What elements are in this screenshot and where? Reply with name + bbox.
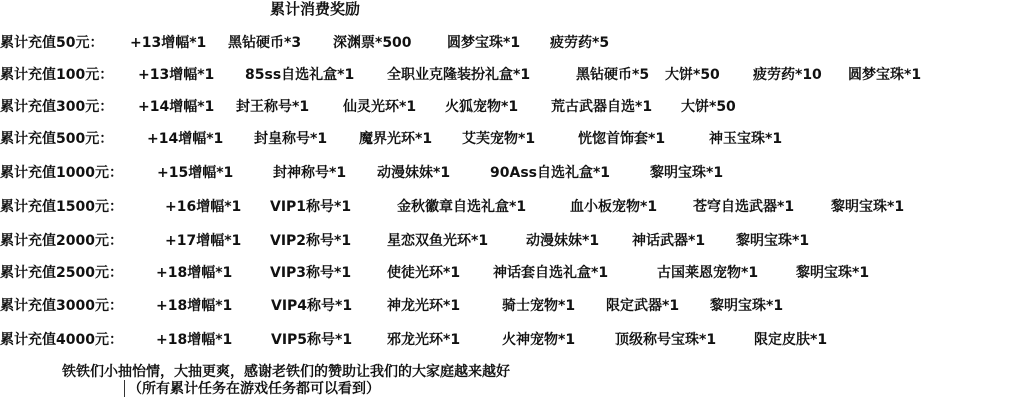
- reward-item: 黑钻硬币*3: [228, 34, 301, 52]
- reward-item: +18增幅*1: [156, 264, 232, 282]
- reward-item: 黎明宝珠*1: [736, 232, 809, 250]
- reward-item: 黎明宝珠*1: [831, 198, 904, 216]
- reward-item: 90Ass自选礼盒*1: [490, 164, 610, 182]
- reward-item: 神玉宝珠*1: [709, 130, 782, 148]
- reward-item: VIP1称号*1: [270, 198, 351, 216]
- tier-label: 累计充值1500元：: [0, 198, 123, 216]
- reward-item: 圆梦宝珠*1: [447, 34, 520, 52]
- tier-label: 累计充值1000元：: [0, 164, 123, 182]
- reward-item: 封皇称号*1: [254, 130, 327, 148]
- reward-item: 荒古武器自选*1: [551, 98, 652, 116]
- reward-item: 恍惚首饰套*1: [578, 130, 665, 148]
- reward-item: +14增幅*1: [147, 130, 223, 148]
- reward-item: 骑士宠物*1: [502, 297, 575, 315]
- reward-item: +13增幅*1: [130, 34, 206, 52]
- reward-item: 黎明宝珠*1: [650, 164, 723, 182]
- reward-item: VIP5称号*1: [271, 331, 352, 349]
- tier-label: 累计充值300元：: [0, 98, 113, 116]
- reward-item: 神话武器*1: [632, 232, 705, 250]
- reward-item: 大饼*50: [665, 66, 720, 84]
- reward-item: 黑钻硬币*5: [576, 66, 649, 84]
- reward-item: VIP4称号*1: [271, 297, 352, 315]
- reward-item: 黎明宝珠*1: [710, 297, 783, 315]
- reward-item: 神龙光环*1: [387, 297, 460, 315]
- reward-item: 顶级称号宝珠*1: [615, 331, 716, 349]
- reward-item: 深渊票*500: [333, 34, 412, 52]
- tier-label: 累计充值100元：: [0, 66, 113, 84]
- reward-item: VIP2称号*1: [270, 232, 351, 250]
- reward-item: 全职业克隆装扮礼盒*1: [387, 66, 530, 84]
- reward-item: 邪龙光环*1: [387, 331, 460, 349]
- reward-item: +18增幅*1: [156, 297, 232, 315]
- tier-label: 累计充值2500元：: [0, 264, 123, 282]
- reward-item: +16增幅*1: [165, 198, 241, 216]
- reward-item: 血小板宠物*1: [570, 198, 657, 216]
- tier-label: 累计充值3000元：: [0, 297, 123, 315]
- reward-item: 封神称号*1: [273, 164, 346, 182]
- reward-item: 黎明宝珠*1: [796, 264, 869, 282]
- reward-item: VIP3称号*1: [270, 264, 351, 282]
- reward-item: 仙灵光环*1: [343, 98, 416, 116]
- reward-item: +18增幅*1: [156, 331, 232, 349]
- reward-item: 古国莱恩宠物*1: [657, 264, 758, 282]
- reward-item: 星恋双鱼光环*1: [387, 232, 488, 250]
- reward-item: +17增幅*1: [165, 232, 241, 250]
- reward-item: 魔界光环*1: [359, 130, 432, 148]
- reward-item: 苍穹自选武器*1: [693, 198, 794, 216]
- tier-label: 累计充值500元：: [0, 130, 113, 148]
- reward-item: +13增幅*1: [138, 66, 214, 84]
- footer-note-text: （所有累计任务在游戏任务都可以看到）: [128, 380, 380, 398]
- reward-item: 限定皮肤*1: [754, 331, 827, 349]
- reward-item: +15增幅*1: [157, 164, 233, 182]
- reward-item: 限定武器*1: [606, 297, 679, 315]
- reward-item: 疲劳药*5: [550, 34, 609, 52]
- tier-label: 累计充值4000元：: [0, 331, 123, 349]
- reward-item: 圆梦宝珠*1: [848, 66, 921, 84]
- footer-thanks-text: 铁铁们小抽怡情，大抽更爽，感谢老铁们的赞助让我们的大家庭越来越好: [62, 363, 510, 381]
- reward-item: 火神宠物*1: [502, 331, 575, 349]
- reward-item: 85ss自选礼盒*1: [245, 66, 354, 84]
- reward-item: 动漫妹妹*1: [377, 164, 450, 182]
- page-title: 累计消费奖励: [270, 0, 360, 18]
- reward-item: 艾芙宠物*1: [462, 130, 535, 148]
- reward-item: 使徒光环*1: [387, 264, 460, 282]
- text-cursor: [124, 380, 125, 397]
- reward-item: +14增幅*1: [138, 98, 214, 116]
- reward-item: 火狐宠物*1: [445, 98, 518, 116]
- reward-item: 金秋徽章自选礼盒*1: [397, 198, 526, 216]
- reward-item: 动漫妹妹*1: [526, 232, 599, 250]
- reward-item: 大饼*50: [681, 98, 736, 116]
- tier-label: 累计充值2000元：: [0, 232, 123, 250]
- reward-item: 封王称号*1: [236, 98, 309, 116]
- reward-item: 神话套自选礼盒*1: [493, 264, 608, 282]
- reward-item: 疲劳药*10: [753, 66, 822, 84]
- tier-label: 累计充值50元：: [0, 34, 103, 52]
